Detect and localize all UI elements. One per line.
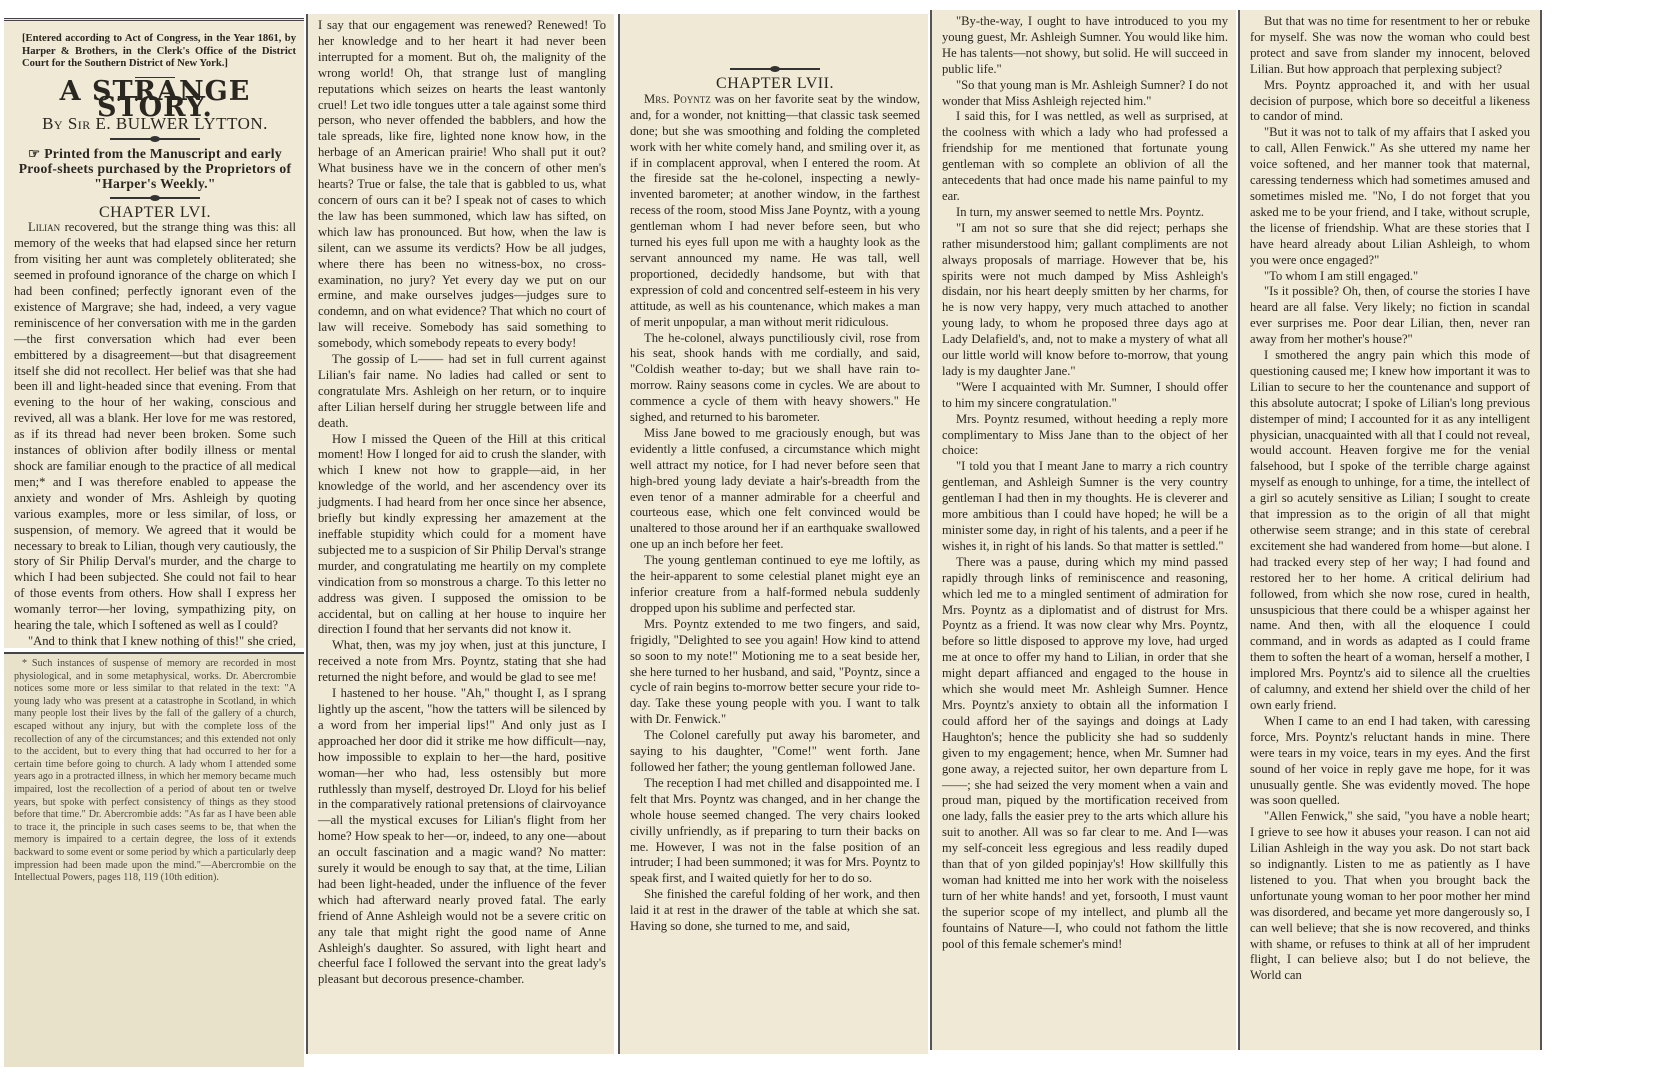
paragraph: Mrs. Poyntz approached it, and with her …	[1250, 78, 1530, 126]
paragraph: In turn, my answer seemed to nettle Mrs.…	[942, 205, 1228, 221]
newspaper-clipping: [Entered according to Act of Congress, i…	[0, 0, 1658, 1080]
opening-word: Mrs. Poyntz	[644, 92, 711, 106]
chapter-heading-56: CHAPTER LVI.	[14, 205, 296, 221]
paragraph: "Allen Fenwick," she said, "you have a n…	[1250, 809, 1530, 984]
copyright-notice: [Entered according to Act of Congress, i…	[14, 33, 296, 71]
paragraph: She finished the careful folding of her …	[630, 887, 920, 935]
paragraph: But that was no time for resentment to h…	[1250, 14, 1530, 78]
paragraph: "But it was not to talk of my affairs th…	[1250, 125, 1530, 268]
column-2: I say that our engagement was renewed? R…	[306, 14, 614, 1054]
paragraph: The young gentleman continued to eye me …	[630, 553, 920, 617]
column-3: CHAPTER LVII. Mrs. Poyntz was on her fav…	[618, 14, 928, 1054]
paragraph: Mrs. Poyntz resumed, without heeding a r…	[942, 412, 1228, 460]
paragraph: Mrs. Poyntz extended to me two fingers, …	[630, 617, 920, 728]
column-4: "By-the-way, I ought to have introduced …	[930, 10, 1236, 1050]
paragraph: The Colonel carefully put away his barom…	[630, 728, 920, 776]
byline-prefix: By Sir	[42, 114, 91, 133]
paragraph: Mrs. Poyntz was on her favorite seat by …	[630, 92, 920, 331]
paragraph: The gossip of L—— had set in full curren…	[318, 352, 606, 432]
paragraph: Miss Jane bowed to me graciously enough,…	[630, 426, 920, 553]
column-5: But that was no time for resentment to h…	[1238, 10, 1542, 1050]
paragraph: I said this, for I was nettled, as well …	[942, 109, 1228, 204]
paragraph: How I missed the Queen of the Hill at th…	[318, 432, 606, 639]
opening-word: Lilian	[28, 220, 60, 234]
paragraph: "I am not so sure that she did reject; p…	[942, 221, 1228, 380]
byline: By Sir E. BULWER LYTTON.	[14, 116, 296, 132]
footnote-text: * Such instances of suspense of memory a…	[14, 658, 296, 885]
paragraph: What, then, was my joy when, just at thi…	[318, 638, 606, 686]
publication-notice: ☞ Printed from the Manuscript and early …	[14, 146, 296, 191]
ornament-divider	[110, 138, 200, 140]
paragraph: "So that young man is Mr. Ashleigh Sumne…	[942, 78, 1228, 110]
paragraph: "Were I acquainted with Mr. Sumner, I sh…	[942, 380, 1228, 412]
column-1: [Entered according to Act of Congress, i…	[4, 18, 304, 648]
paragraph: I say that our engagement was renewed? R…	[318, 18, 606, 352]
footnote: * Such instances of suspense of memory a…	[4, 652, 304, 1067]
ornament-divider	[110, 197, 200, 199]
paragraph: "I told you that I meant Jane to marry a…	[942, 459, 1228, 554]
paragraph: When I came to an end I had taken, with …	[1250, 714, 1530, 809]
paragraph: "And to think that I knew nothing of thi…	[14, 634, 296, 648]
paragraph: "By-the-way, I ought to have introduced …	[942, 14, 1228, 78]
paragraph: The he-colonel, always punctiliously civ…	[630, 331, 920, 426]
paragraph: "Is it possible? Oh, then, of course the…	[1250, 284, 1530, 348]
ornament-divider	[730, 68, 820, 70]
paragraph: The reception I had met chilled and disa…	[630, 776, 920, 887]
story-title: A STRANGE STORY.	[14, 84, 296, 116]
paragraph: I hastened to her house. "Ah," thought I…	[318, 686, 606, 988]
chapter-heading-57: CHAPTER LVII.	[630, 76, 920, 92]
paragraph: There was a pause, during which my mind …	[942, 555, 1228, 953]
paragraph: I smothered the angry pain which this mo…	[1250, 348, 1530, 714]
paragraph: Lilian recovered, but the strange thing …	[14, 220, 296, 634]
paragraph: "To whom I am still engaged."	[1250, 269, 1530, 285]
author-name: E. BULWER LYTTON.	[96, 114, 268, 133]
